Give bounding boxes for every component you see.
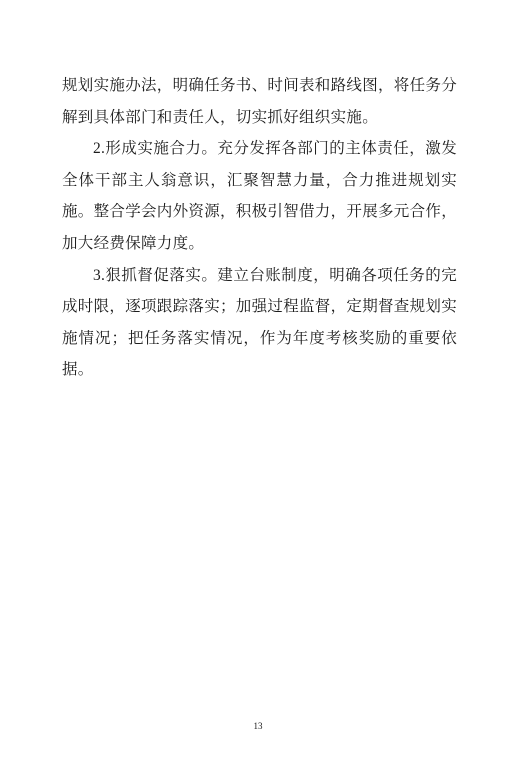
body-paragraph-item-3: 3.狠抓督促落实。建立台账制度，明确各项任务的完成时限，逐项跟踪落实；加强过程监… — [62, 260, 457, 386]
document-page: 规划实施办法，明确任务书、时间表和路线图，将任务分解到具体部门和责任人，切实抓好… — [0, 0, 516, 772]
document-body: 规划实施办法，明确任务书、时间表和路线图，将任务分解到具体部门和责任人，切实抓好… — [62, 70, 457, 386]
body-paragraph-continuation: 规划实施办法，明确任务书、时间表和路线图，将任务分解到具体部门和责任人，切实抓好… — [62, 70, 457, 133]
body-paragraph-item-2: 2.形成实施合力。充分发挥各部门的主体责任，激发全体干部主人翁意识，汇聚智慧力量… — [62, 133, 457, 259]
page-number: 13 — [0, 720, 516, 732]
